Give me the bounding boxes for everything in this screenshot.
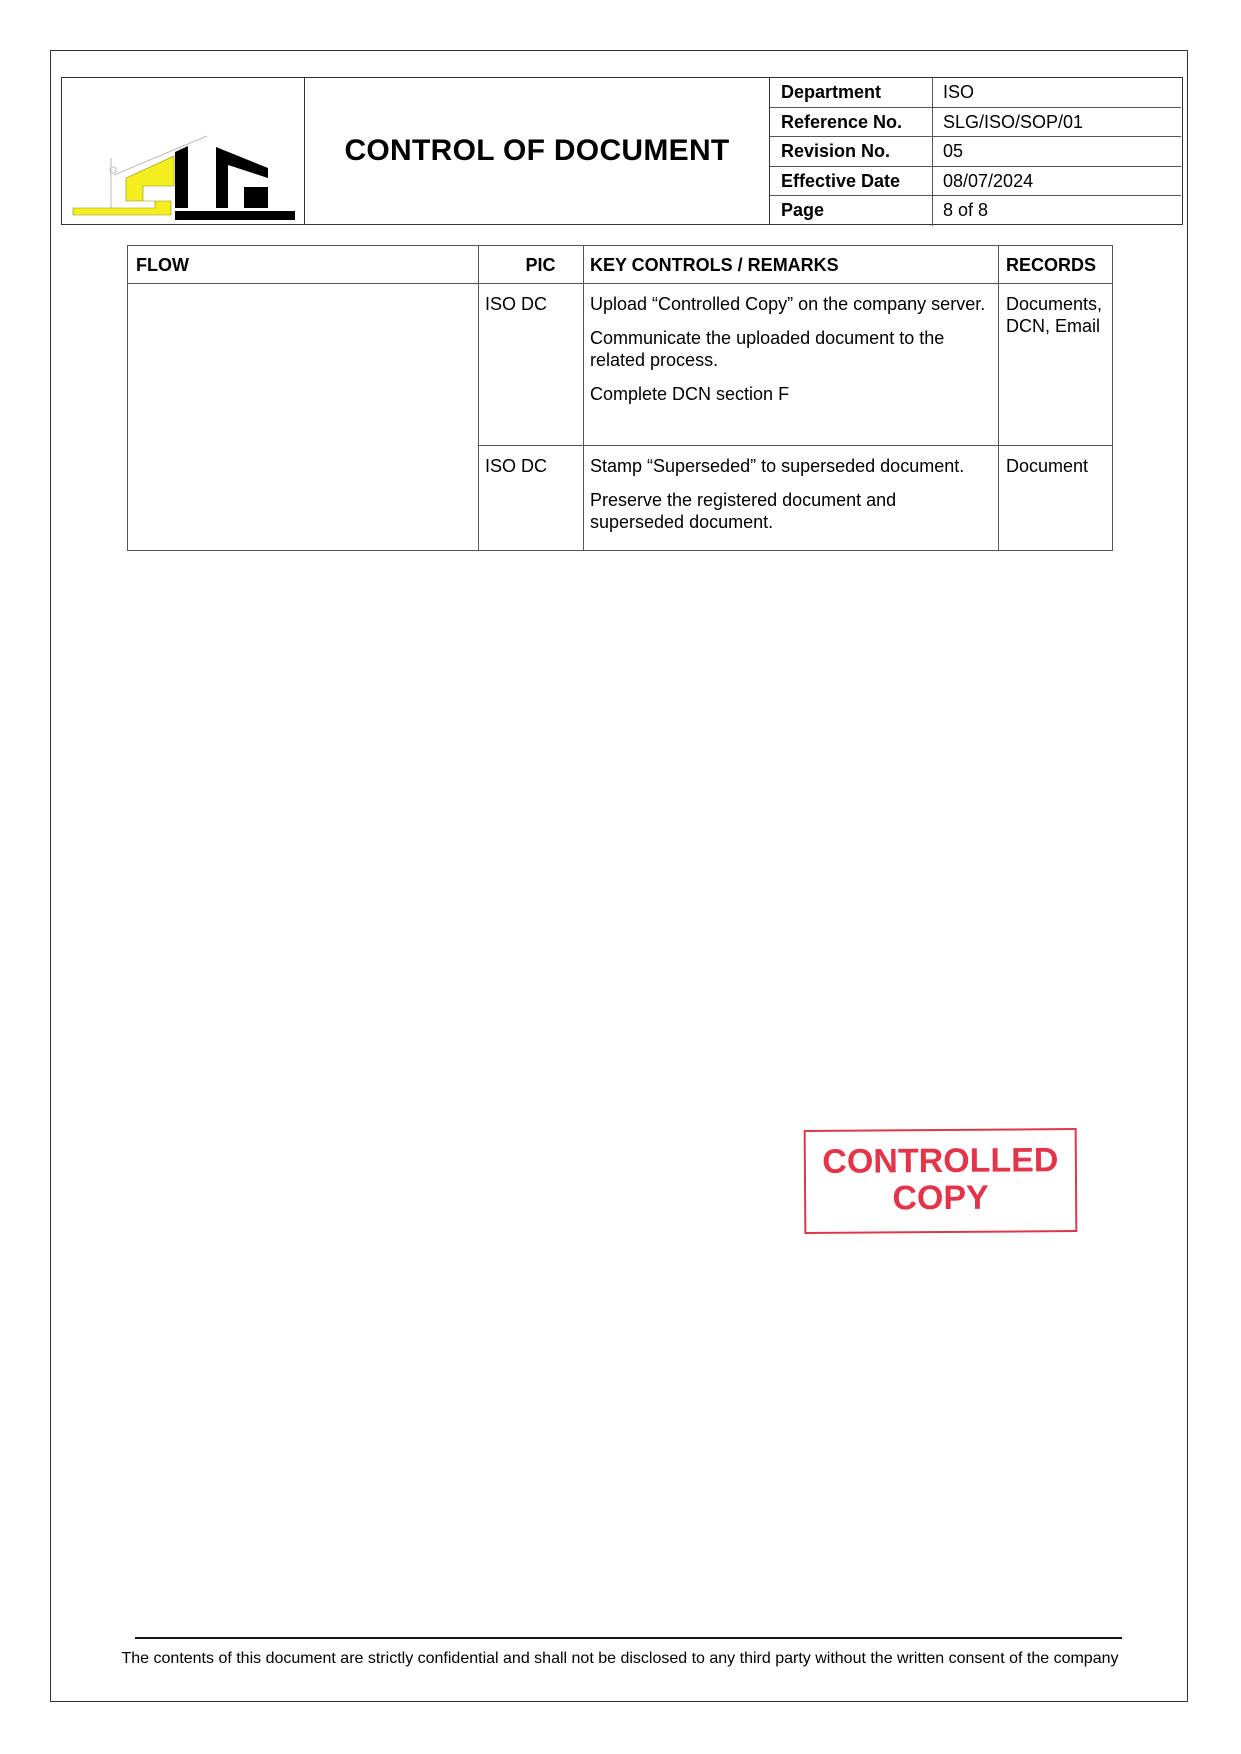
meta-label: Effective Date (770, 167, 933, 196)
column-divider (998, 246, 999, 550)
column-divider (583, 246, 584, 550)
footer-divider (135, 1637, 1122, 1639)
column-divider (478, 246, 479, 550)
logo-cell: CONSTRUCTION (62, 78, 305, 224)
company-logo: CONSTRUCTION (62, 78, 305, 224)
document-title: CONTROL OF DOCUMENT (344, 134, 729, 168)
remark: Communicate the uploaded document to the… (590, 327, 990, 371)
row2-records: Document (1006, 455, 1108, 477)
remark: Complete DCN section F (590, 383, 990, 405)
row1-remarks: Upload “Controlled Copy” on the company … (590, 293, 990, 417)
stamp-line-1: CONTROLLED (806, 1142, 1075, 1181)
confidentiality-notice: The contents of this document are strict… (50, 1650, 1190, 1668)
meta-value: ISO (933, 78, 1181, 107)
meta-label: Department (770, 78, 933, 107)
row2-pic: ISO DC (485, 455, 547, 477)
row1-pic: ISO DC (485, 293, 547, 315)
meta-row-page: Page 8 of 8 (770, 196, 1181, 226)
meta-row-department: Department ISO (770, 78, 1181, 108)
controlled-copy-stamp: CONTROLLED COPY (804, 1128, 1078, 1234)
document-meta-table: Department ISO Reference No. SLG/ISO/SOP… (770, 78, 1181, 224)
remark: Preserve the registered document and sup… (590, 489, 990, 533)
meta-row-revision: Revision No. 05 (770, 137, 1181, 167)
row2-remarks: Stamp “Superseded” to superseded documen… (590, 455, 990, 545)
meta-label: Reference No. (770, 108, 933, 137)
header-flow: FLOW (136, 246, 189, 284)
header-records: RECORDS (1006, 246, 1096, 284)
row1-records: Documents, DCN, Email (1006, 293, 1108, 337)
meta-value: 08/07/2024 (933, 167, 1181, 196)
title-cell: CONTROL OF DOCUMENT (305, 78, 770, 224)
meta-value: 05 (933, 137, 1181, 166)
remark: Upload “Controlled Copy” on the company … (590, 293, 990, 315)
remark: Stamp “Superseded” to superseded documen… (590, 455, 990, 477)
stamp-line-2: COPY (806, 1179, 1075, 1218)
meta-row-reference: Reference No. SLG/ISO/SOP/01 (770, 108, 1181, 138)
document-header: CONSTRUCTION CONTROL OF DOCUMENT Departm… (61, 77, 1183, 225)
logo-subtext: CONSTRUCTION (100, 221, 236, 224)
header-pic: PIC (478, 246, 583, 284)
meta-value: 8 of 8 (933, 196, 1181, 226)
header-key-controls: KEY CONTROLS / REMARKS (590, 246, 839, 284)
meta-value: SLG/ISO/SOP/01 (933, 108, 1181, 137)
row-divider (478, 445, 1112, 446)
procedure-table: FLOW PIC KEY CONTROLS / REMARKS RECORDS … (127, 245, 1113, 551)
meta-label: Revision No. (770, 137, 933, 166)
meta-row-effective-date: Effective Date 08/07/2024 (770, 167, 1181, 197)
meta-label: Page (770, 196, 933, 226)
